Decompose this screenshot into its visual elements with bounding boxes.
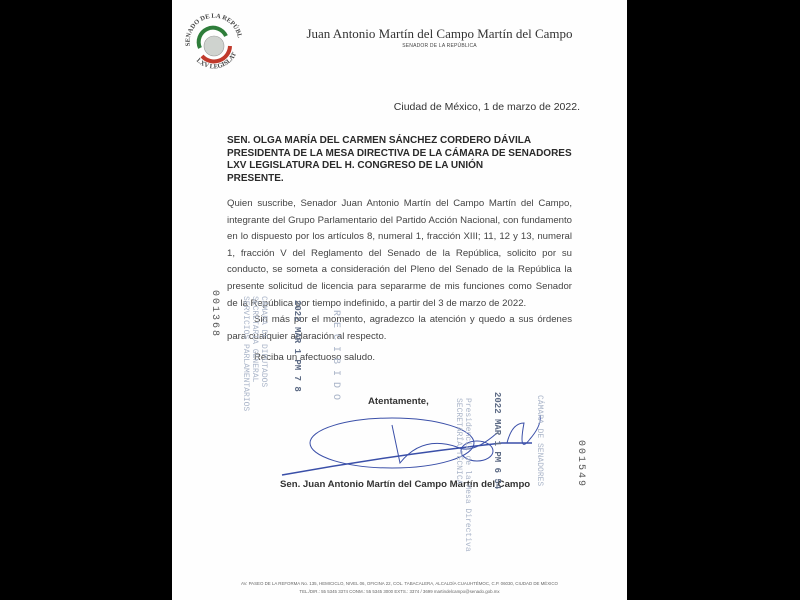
addressee-legislature: LXV LEGISLATURA DEL H. CONGRESO DE LA UN…: [227, 160, 572, 173]
senate-seal-logo: SENADO DE LA REPÚBLICA LXV LEGISLATURA: [180, 8, 248, 76]
sender-name-header: Juan Antonio Martín del Campo Martín del…: [172, 26, 627, 42]
folio-stamp-left: 001368: [209, 290, 220, 338]
date-line: Ciudad de México, 1 de marzo de 2022.: [394, 101, 580, 113]
body-paragraph-greeting: Reciba un afectuoso saludo.: [254, 350, 599, 367]
received-stamp-left: CÁMARA DE DIPUTADOS SECRETARÍA GENERAL S…: [241, 296, 268, 411]
received-stamp-right: Presidencia de la Mesa Directiva SECRETA…: [454, 398, 472, 552]
date-stamp-right: 2022 MAR 1 PM 6 54: [492, 392, 502, 489]
signature: [272, 405, 562, 485]
addressee-position: PRESIDENTA DE LA MESA DIRECTIVA DE LA CÁ…: [227, 148, 572, 161]
recibido-stamp: R E C I B I D O: [331, 310, 340, 400]
folio-stamp-right: 001549: [575, 440, 586, 488]
sender-title-header: SENADOR DE LA REPÚBLICA: [172, 43, 627, 49]
addressee-presente: PRESENTE.: [227, 173, 572, 186]
addressee-block: SEN. OLGA MARÍA DEL CARMEN SÁNCHEZ CORDE…: [227, 135, 572, 185]
footer-contact: TEL./DIR.: 55 5345 3374 CONM.: 55 5345 3…: [172, 589, 627, 594]
chamber-stamp-right: CÁMARA DE SENADORES: [535, 395, 544, 486]
body-paragraph-thanks: Sin más por el momento, agradezco la ate…: [227, 312, 572, 345]
footer-address: AV. PASEO DE LA REFORMA No. 135, HEMICIC…: [172, 581, 627, 586]
addressee-name: SEN. OLGA MARÍA DEL CARMEN SÁNCHEZ CORDE…: [227, 135, 572, 148]
body-paragraph-request: Quien suscribe, Senador Juan Antonio Mar…: [227, 196, 572, 312]
date-stamp-left: 2022 MAR 1 PM 7 8: [292, 300, 302, 392]
letter-page: SENADO DE LA REPÚBLICA LXV LEGISLATURA J…: [172, 0, 627, 600]
